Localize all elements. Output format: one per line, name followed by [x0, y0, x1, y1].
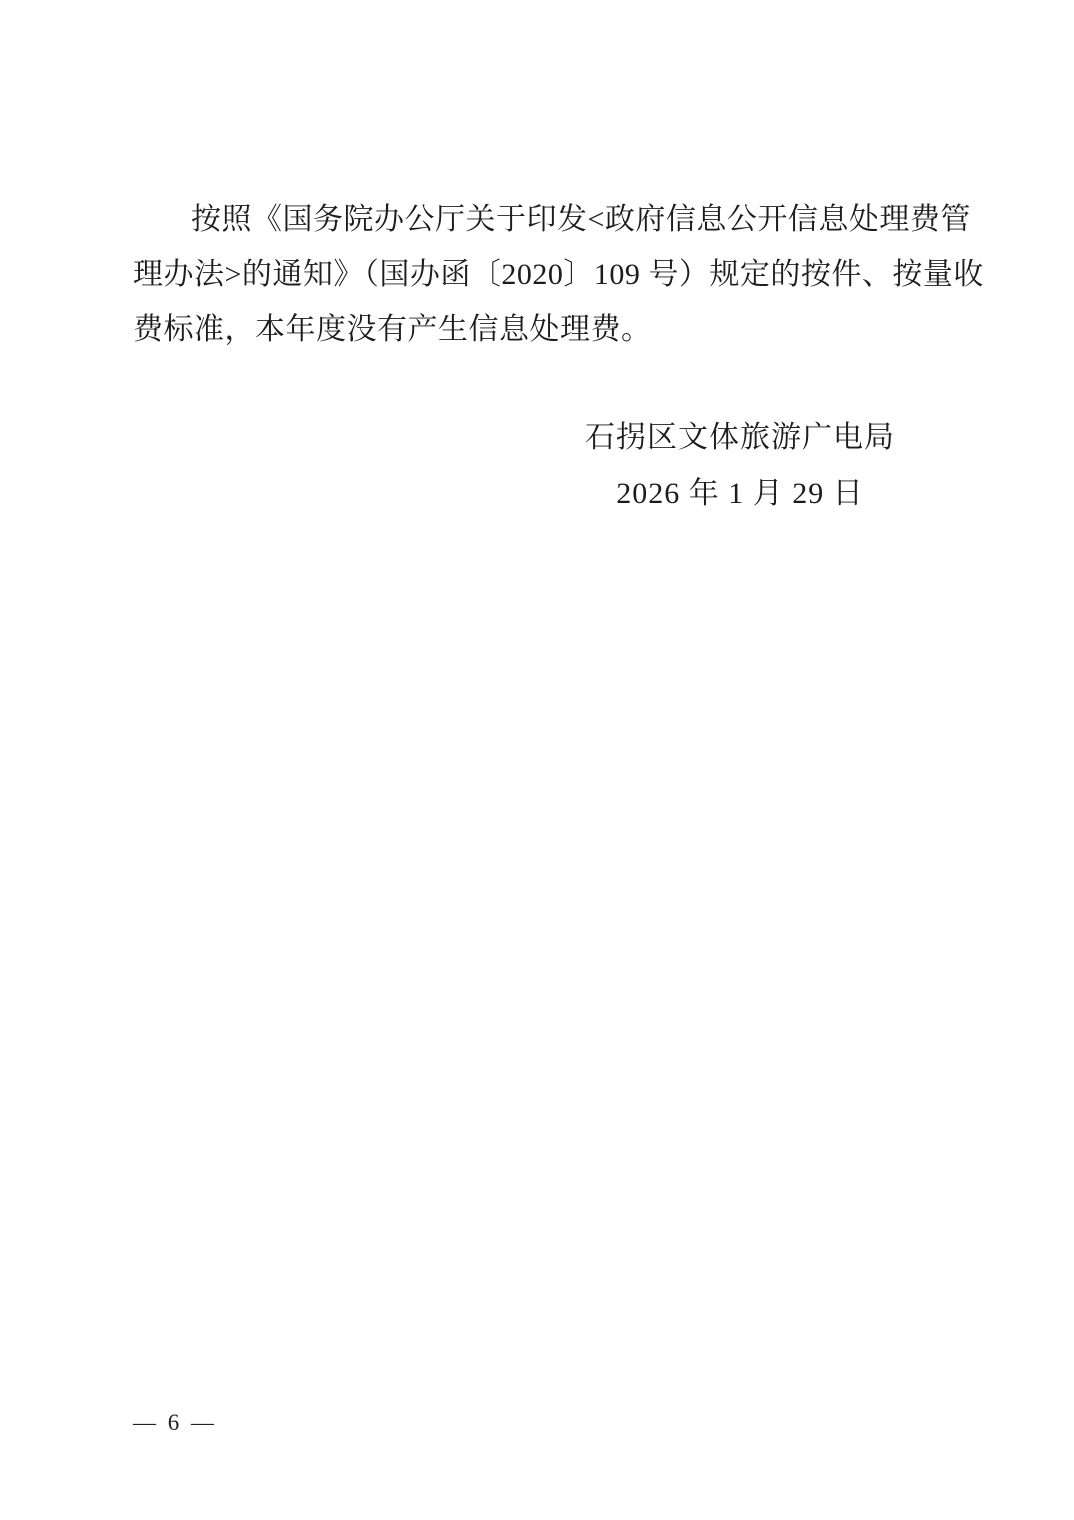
signature-block: 石拐区文体旅游广电局 2026 年 1 月 29 日: [406, 410, 1074, 522]
paragraph-line-1: 按照《国务院办公厅关于印发<政府信息公开信息处理费管: [133, 192, 948, 247]
document-page: 按照《国务院办公厅关于印发<政府信息公开信息处理费管 理办法>的通知》（国办函〔…: [0, 0, 1074, 1520]
signature-date: 2026 年 1 月 29 日: [406, 466, 1074, 522]
signature-org: 石拐区文体旅游广电局: [406, 410, 1074, 466]
fee-paragraph: 按照《国务院办公厅关于印发<政府信息公开信息处理费管 理办法>的通知》（国办函〔…: [133, 192, 948, 357]
paragraph-line-3: 费标准，本年度没有产生信息处理费。: [133, 302, 948, 357]
paragraph-line-2: 理办法>的通知》（国办函〔2020〕109 号）规定的按件、按量收: [133, 247, 948, 302]
page-number: — 6 —: [133, 1410, 217, 1436]
